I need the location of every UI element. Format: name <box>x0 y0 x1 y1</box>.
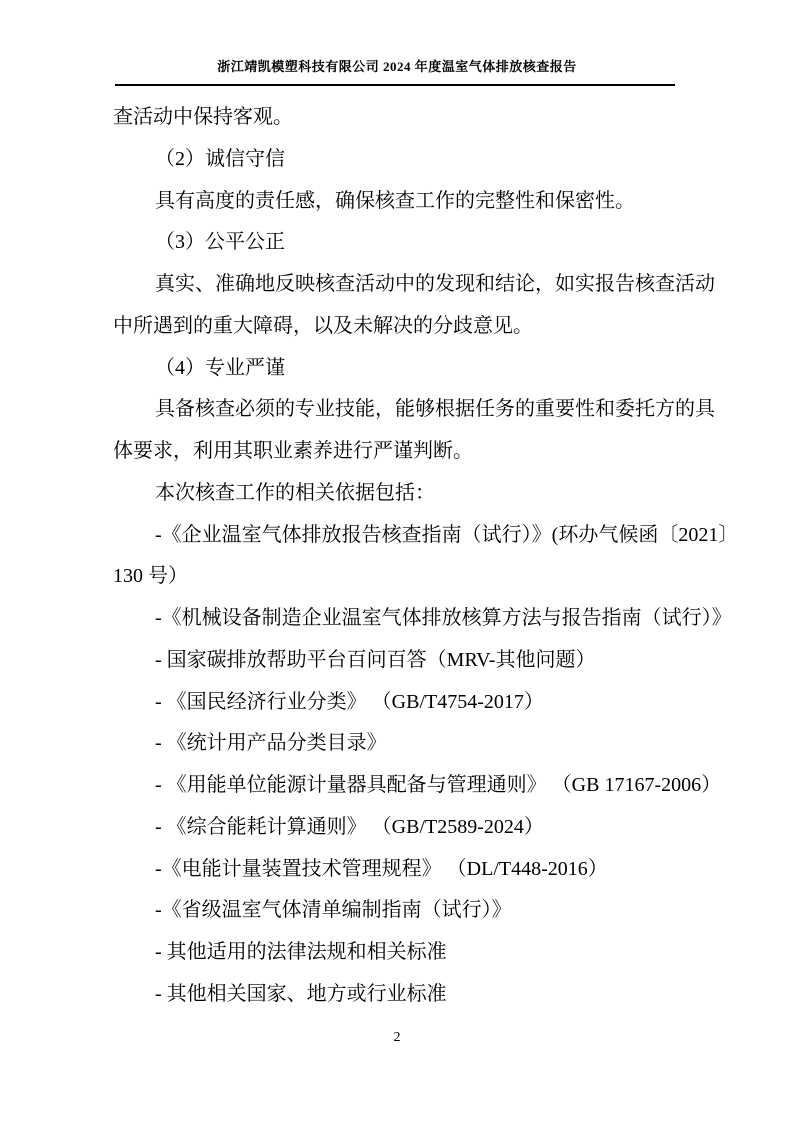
text-line: - 《综合能耗计算通则》 （GB/T2589-2024） <box>113 807 690 849</box>
page-footer: 2 <box>0 1030 794 1046</box>
text-line: （4）专业严谨 <box>113 348 690 390</box>
text-line: 具有高度的责任感，确保核查工作的完整性和保密性。 <box>113 181 690 223</box>
text-line: - 其他适用的法律法规和相关标准 <box>113 932 690 974</box>
text-line: 真实、准确地反映核查活动中的发现和结论，如实报告核查活动 <box>113 264 690 306</box>
document-page: 浙江靖凯模塑科技有限公司 2024 年度温室气体排放核查报告 查活动中保持客观。… <box>0 0 794 1123</box>
text-line: 本次核查工作的相关依据包括： <box>113 473 690 515</box>
text-line: 具备核查必须的专业技能，能够根据任务的重要性和委托方的具 <box>113 389 690 431</box>
header-title: 浙江靖凯模塑科技有限公司 2024 年度温室气体排放核查报告 <box>0 56 794 75</box>
text-line: -《电能计量装置技术管理规程》 （DL/T448-2016） <box>113 849 690 891</box>
text-line: （3）公平公正 <box>113 222 690 264</box>
text-line: - 《国民经济行业分类》 （GB/T4754-2017） <box>113 682 690 724</box>
text-line: -《企业温室气体排放报告核查指南（试行）》(环办气候函〔2021〕 <box>113 515 690 557</box>
text-line: 体要求，利用其职业素养进行严谨判断。 <box>113 431 690 473</box>
text-line: 查活动中保持客观。 <box>113 97 690 139</box>
text-line: 中所遇到的重大障碍，以及未解决的分歧意见。 <box>113 306 690 348</box>
text-line: - 国家碳排放帮助平台百问百答（MRV-其他问题） <box>113 640 690 682</box>
text-line: - 《用能单位能源计量器具配备与管理通则》 （GB 17167-2006） <box>113 765 690 807</box>
text-line: 130 号） <box>113 556 690 598</box>
text-line: - 《统计用产品分类目录》 <box>113 723 690 765</box>
text-line: （2）诚信守信 <box>113 139 690 181</box>
page-number: 2 <box>394 1030 401 1045</box>
text-line: -《机械设备制造企业温室气体排放核算方法与报告指南（试行）》 <box>113 598 690 640</box>
document-body: 查活动中保持客观。（2）诚信守信具有高度的责任感，确保核查工作的完整性和保密性。… <box>113 97 690 1016</box>
text-line: - 其他相关国家、地方或行业标准 <box>113 974 690 1016</box>
text-line: -《省级温室气体清单编制指南（试行）》 <box>113 890 690 932</box>
header-rule <box>115 84 675 86</box>
